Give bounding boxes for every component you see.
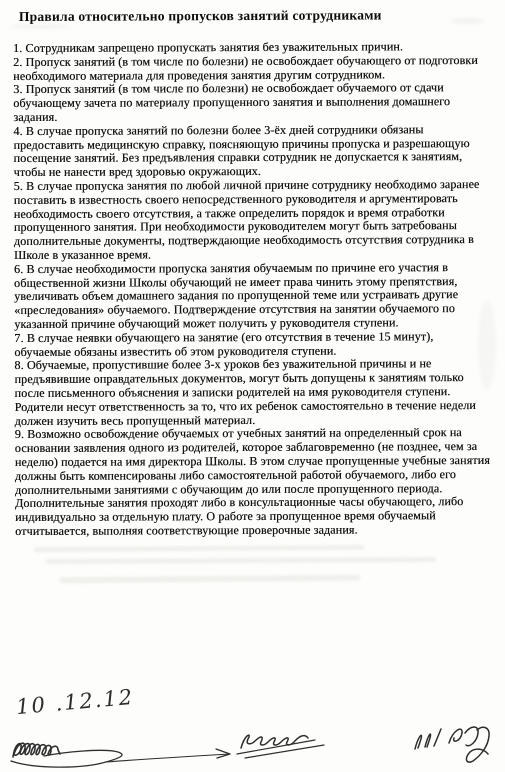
rule-item-5: 5. В случае пропуска занятия по любой ли… <box>14 178 492 263</box>
rule-item-7: 7. В случае неявки обучающего на занятие… <box>14 330 492 360</box>
handwritten-date: 10 .12.12 <box>15 685 135 719</box>
rule-item-2: 2. Пропуск занятий (в том числе по болез… <box>13 54 491 84</box>
document-title: Правила относительно пропусков занятий с… <box>19 6 491 25</box>
rule-item-3: 3. Пропуск занятий (в том числе по болез… <box>13 81 491 124</box>
bleed-through-mark <box>60 575 360 584</box>
rule-item-6: 6. В случае необходимости пропуска занят… <box>14 261 492 332</box>
bleed-through-mark <box>46 557 436 564</box>
scanned-document-page: Правила относительно пропусков занятий с… <box>0 0 505 772</box>
rule-item-8: 8. Обучаемые, пропустившие более 3-х уро… <box>14 357 492 428</box>
handwritten-signature-right <box>403 716 503 770</box>
rules-list: 1. Сотрудникам запрещено пропускать заня… <box>13 40 493 539</box>
bleed-through-mark <box>34 545 364 552</box>
rule-item-4: 4. В случае пропуска занятий по болезни … <box>13 123 491 180</box>
handwritten-signature-center <box>235 724 340 766</box>
document-body: Правила относительно пропусков занятий с… <box>13 6 493 539</box>
rule-item-9: 9. Возможно освобождение обучаемых от уч… <box>15 426 493 538</box>
handwritten-signature-left <box>6 730 241 772</box>
